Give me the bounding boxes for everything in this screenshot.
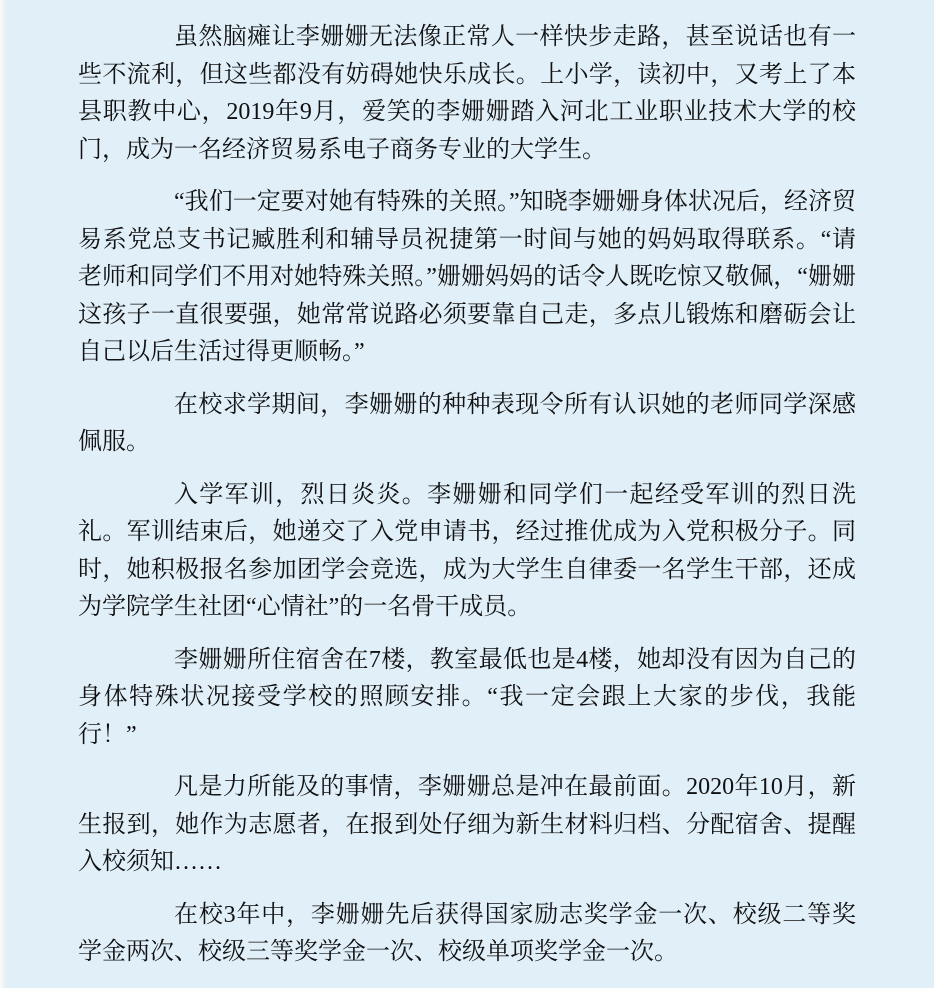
paragraph-3: 在校求学期间，李姗姗的种种表现令所有认识她的老师同学深感佩服。 bbox=[78, 387, 856, 462]
paragraph-2: “我们一定要对她有特殊的关照。”知晓李姗姗身体状况后，经济贸易系党总支书记臧胜利… bbox=[78, 184, 856, 372]
paragraph-6: 凡是力所能及的事情，李姗姗总是冲在最前面。2020年10月，新生报到，她作为志愿… bbox=[78, 769, 856, 882]
paragraph-4: 入学军训，烈日炎炎。李姗姗和同学们一起经受军训的烈日洗礼。军训结束后，她递交了入… bbox=[78, 477, 856, 627]
paragraph-7: 在校3年中，李姗姗先后获得国家励志奖学金一次、校级二等奖学金两次、校级三等奖学金… bbox=[78, 897, 856, 972]
article-content: 虽然脑瘫让李姗姗无法像正常人一样快步走路，甚至说话也有一些不流利，但这些都没有妨… bbox=[0, 0, 934, 988]
paragraph-1: 虽然脑瘫让李姗姗无法像正常人一样快步走路，甚至说话也有一些不流利，但这些都没有妨… bbox=[78, 19, 856, 169]
paragraph-5: 李姗姗所住宿舍在7楼，教室最低也是4楼，她却没有因为自己的身体特殊状况接受学校的… bbox=[78, 642, 856, 755]
